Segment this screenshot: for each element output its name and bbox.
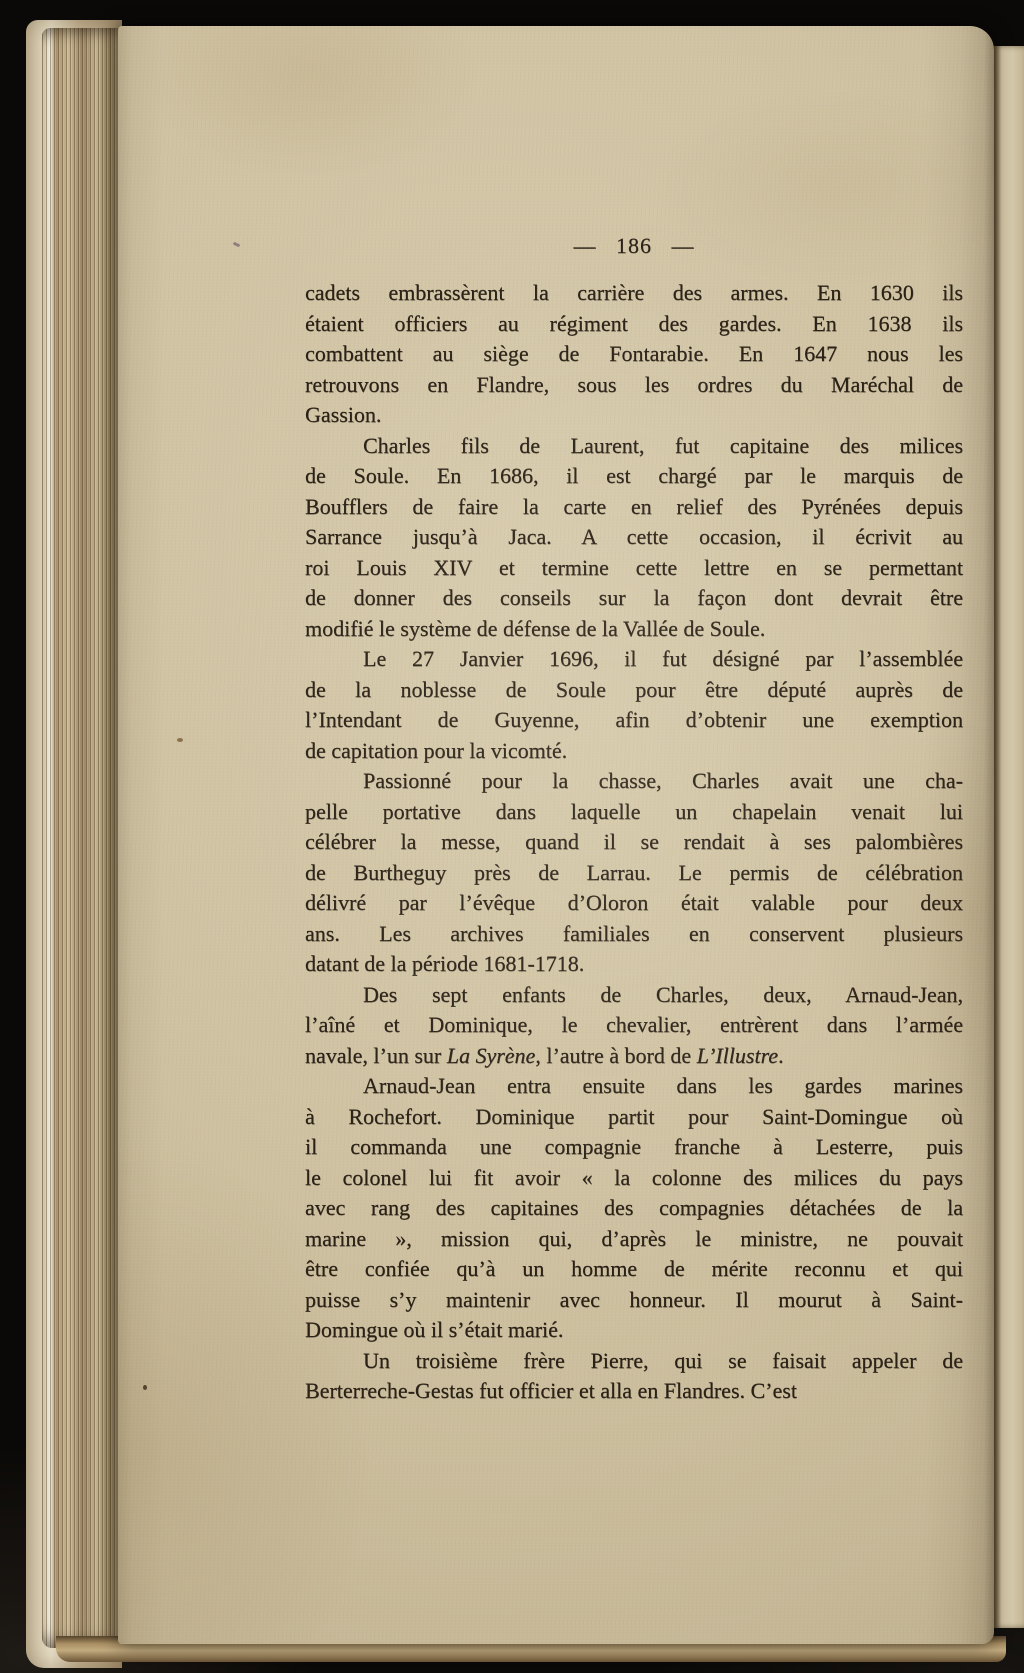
text-line: datant de la période 1681-1718. xyxy=(305,949,963,980)
text-line: de la noblesse de Soule pour être député… xyxy=(305,675,963,706)
text-segment: avec rang des capitaines des compagnies … xyxy=(305,1195,963,1220)
text-line: avec rang des capitaines des compagnies … xyxy=(305,1193,963,1224)
text-segment: pelle portative dans laquelle un chapela… xyxy=(305,799,963,824)
text-segment: à Rochefort. Dominique partit pour Saint… xyxy=(305,1104,963,1129)
text-segment: . xyxy=(778,1043,784,1068)
text-segment: Un troisième frère Pierre, qui se faisai… xyxy=(363,1348,963,1373)
text-segment: Le 27 Janvier 1696, il fut désigné par l… xyxy=(363,646,963,671)
text-line: étaient officiers au régiment des gardes… xyxy=(305,309,963,340)
text-segment: Gassion. xyxy=(305,402,381,427)
text-segment: l’aîné et Dominique, le chevalier, entrè… xyxy=(305,1012,963,1037)
scan-background: — 186 — cadets embrassèrent la carrière … xyxy=(0,0,1024,1673)
text-segment: Domingue où il s’était marié. xyxy=(305,1317,563,1342)
text-block: cadets embrassèrent la carrière des arme… xyxy=(305,278,963,1407)
text-segment: cadets embrassèrent la carrière des arme… xyxy=(305,280,963,305)
text-segment: de Soule. En 1686, il est chargé par le … xyxy=(305,463,963,488)
text-segment: modifié le système de défense de la Vall… xyxy=(305,616,765,641)
text-segment: marine », mission qui, d’après le minist… xyxy=(305,1226,963,1251)
text-line: Boufflers de faire la carte en relief de… xyxy=(305,492,963,523)
text-segment: Arnaud-Jean entra ensuite dans les garde… xyxy=(363,1073,963,1098)
italic-text-segment: La Syrène xyxy=(447,1043,536,1068)
text-segment: navale, l’un sur xyxy=(305,1043,447,1068)
text-line: Domingue où il s’était marié. xyxy=(305,1315,963,1346)
text-segment: le colonel lui fit avoir « la colonne de… xyxy=(305,1165,963,1190)
text-segment: Charles fils de Laurent, fut capitaine d… xyxy=(363,433,963,458)
text-line: de Soule. En 1686, il est chargé par le … xyxy=(305,461,963,492)
text-line: de capitation pour la vicomté. xyxy=(305,736,963,767)
text-line: de donner des conseils sur la façon dont… xyxy=(305,583,963,614)
text-line: pelle portative dans laquelle un chapela… xyxy=(305,797,963,828)
text-segment: puisse s’y maintenir avec honneur. Il mo… xyxy=(305,1287,963,1312)
text-line: navale, l’un sur La Syrène, l’autre à bo… xyxy=(305,1041,963,1072)
text-line: Charles fils de Laurent, fut capitaine d… xyxy=(305,431,963,462)
text-segment: Sarrance jusqu’à Jaca. A cette occasion,… xyxy=(305,524,963,549)
text-line: Un troisième frère Pierre, qui se faisai… xyxy=(305,1346,963,1377)
text-line: Sarrance jusqu’à Jaca. A cette occasion,… xyxy=(305,522,963,553)
text-segment: étaient officiers au régiment des gardes… xyxy=(305,311,963,336)
text-line: marine », mission qui, d’après le minist… xyxy=(305,1224,963,1255)
text-line: puisse s’y maintenir avec honneur. Il mo… xyxy=(305,1285,963,1316)
text-line: ans. Les archives familiales en conserve… xyxy=(305,919,963,950)
paper-speck xyxy=(143,1385,147,1390)
text-segment: retrouvons en Flandre, sous les ordres d… xyxy=(305,372,963,397)
book-page: — 186 — cadets embrassèrent la carrière … xyxy=(118,26,994,1644)
text-segment: de capitation pour la vicomté. xyxy=(305,738,567,763)
text-segment: de la noblesse de Soule pour être député… xyxy=(305,677,963,702)
text-segment: , l’autre à bord de xyxy=(535,1043,696,1068)
text-line: retrouvons en Flandre, sous les ordres d… xyxy=(305,370,963,401)
paper-speck xyxy=(177,738,183,742)
text-segment: célébrer la messe, quand il se rendait à… xyxy=(305,829,963,854)
book-fore-edge-page-stack xyxy=(42,28,120,1648)
text-segment: roi Louis XIV et termine cette lettre en… xyxy=(305,555,963,580)
text-segment: combattent au siège de Fontarabie. En 16… xyxy=(305,341,963,366)
text-segment: Des sept enfants de Charles, deux, Arnau… xyxy=(363,982,963,1007)
text-segment: il commanda une compagnie franche à Lest… xyxy=(305,1134,963,1159)
text-segment: délivré par l’évêque d’Oloron était vala… xyxy=(305,890,963,915)
text-line: de Burtheguy près de Larrau. Le permis d… xyxy=(305,858,963,889)
text-segment: être confiée qu’à un homme de mérite rec… xyxy=(305,1256,963,1281)
text-segment: Passionné pour la chasse, Charles avait … xyxy=(363,768,963,793)
paper-speck xyxy=(233,242,241,248)
text-line: cadets embrassèrent la carrière des arme… xyxy=(305,278,963,309)
text-line: roi Louis XIV et termine cette lettre en… xyxy=(305,553,963,584)
text-line: à Rochefort. Dominique partit pour Saint… xyxy=(305,1102,963,1133)
text-line: Des sept enfants de Charles, deux, Arnau… xyxy=(305,980,963,1011)
italic-text-segment: L’Illustre xyxy=(697,1043,778,1068)
text-line: Le 27 Janvier 1696, il fut désigné par l… xyxy=(305,644,963,675)
text-segment: Boufflers de faire la carte en relief de… xyxy=(305,494,963,519)
text-line: combattent au siège de Fontarabie. En 16… xyxy=(305,339,963,370)
text-line: Arnaud-Jean entra ensuite dans les garde… xyxy=(305,1071,963,1102)
text-segment: Berterreche-Gestas fut officier et alla … xyxy=(305,1378,797,1403)
text-line: Gassion. xyxy=(305,400,963,431)
text-line: Berterreche-Gestas fut officier et alla … xyxy=(305,1376,963,1407)
text-line: l’Intendant de Guyenne, afin d’obtenir u… xyxy=(305,705,963,736)
text-segment: de donner des conseils sur la façon dont… xyxy=(305,585,963,610)
text-segment: ans. Les archives familiales en conserve… xyxy=(305,921,963,946)
text-segment: de Burtheguy près de Larrau. Le permis d… xyxy=(305,860,963,885)
page-number: — 186 — xyxy=(305,230,963,262)
text-line: être confiée qu’à un homme de mérite rec… xyxy=(305,1254,963,1285)
text-line: célébrer la messe, quand il se rendait à… xyxy=(305,827,963,858)
text-line: l’aîné et Dominique, le chevalier, entrè… xyxy=(305,1010,963,1041)
text-segment: datant de la période 1681-1718. xyxy=(305,951,584,976)
adjacent-page-edge xyxy=(994,46,1024,1628)
text-line: Passionné pour la chasse, Charles avait … xyxy=(305,766,963,797)
text-line: délivré par l’évêque d’Oloron était vala… xyxy=(305,888,963,919)
text-line: modifié le système de défense de la Vall… xyxy=(305,614,963,645)
text-segment: l’Intendant de Guyenne, afin d’obtenir u… xyxy=(305,707,963,732)
text-line: le colonel lui fit avoir « la colonne de… xyxy=(305,1163,963,1194)
text-line: il commanda une compagnie franche à Lest… xyxy=(305,1132,963,1163)
